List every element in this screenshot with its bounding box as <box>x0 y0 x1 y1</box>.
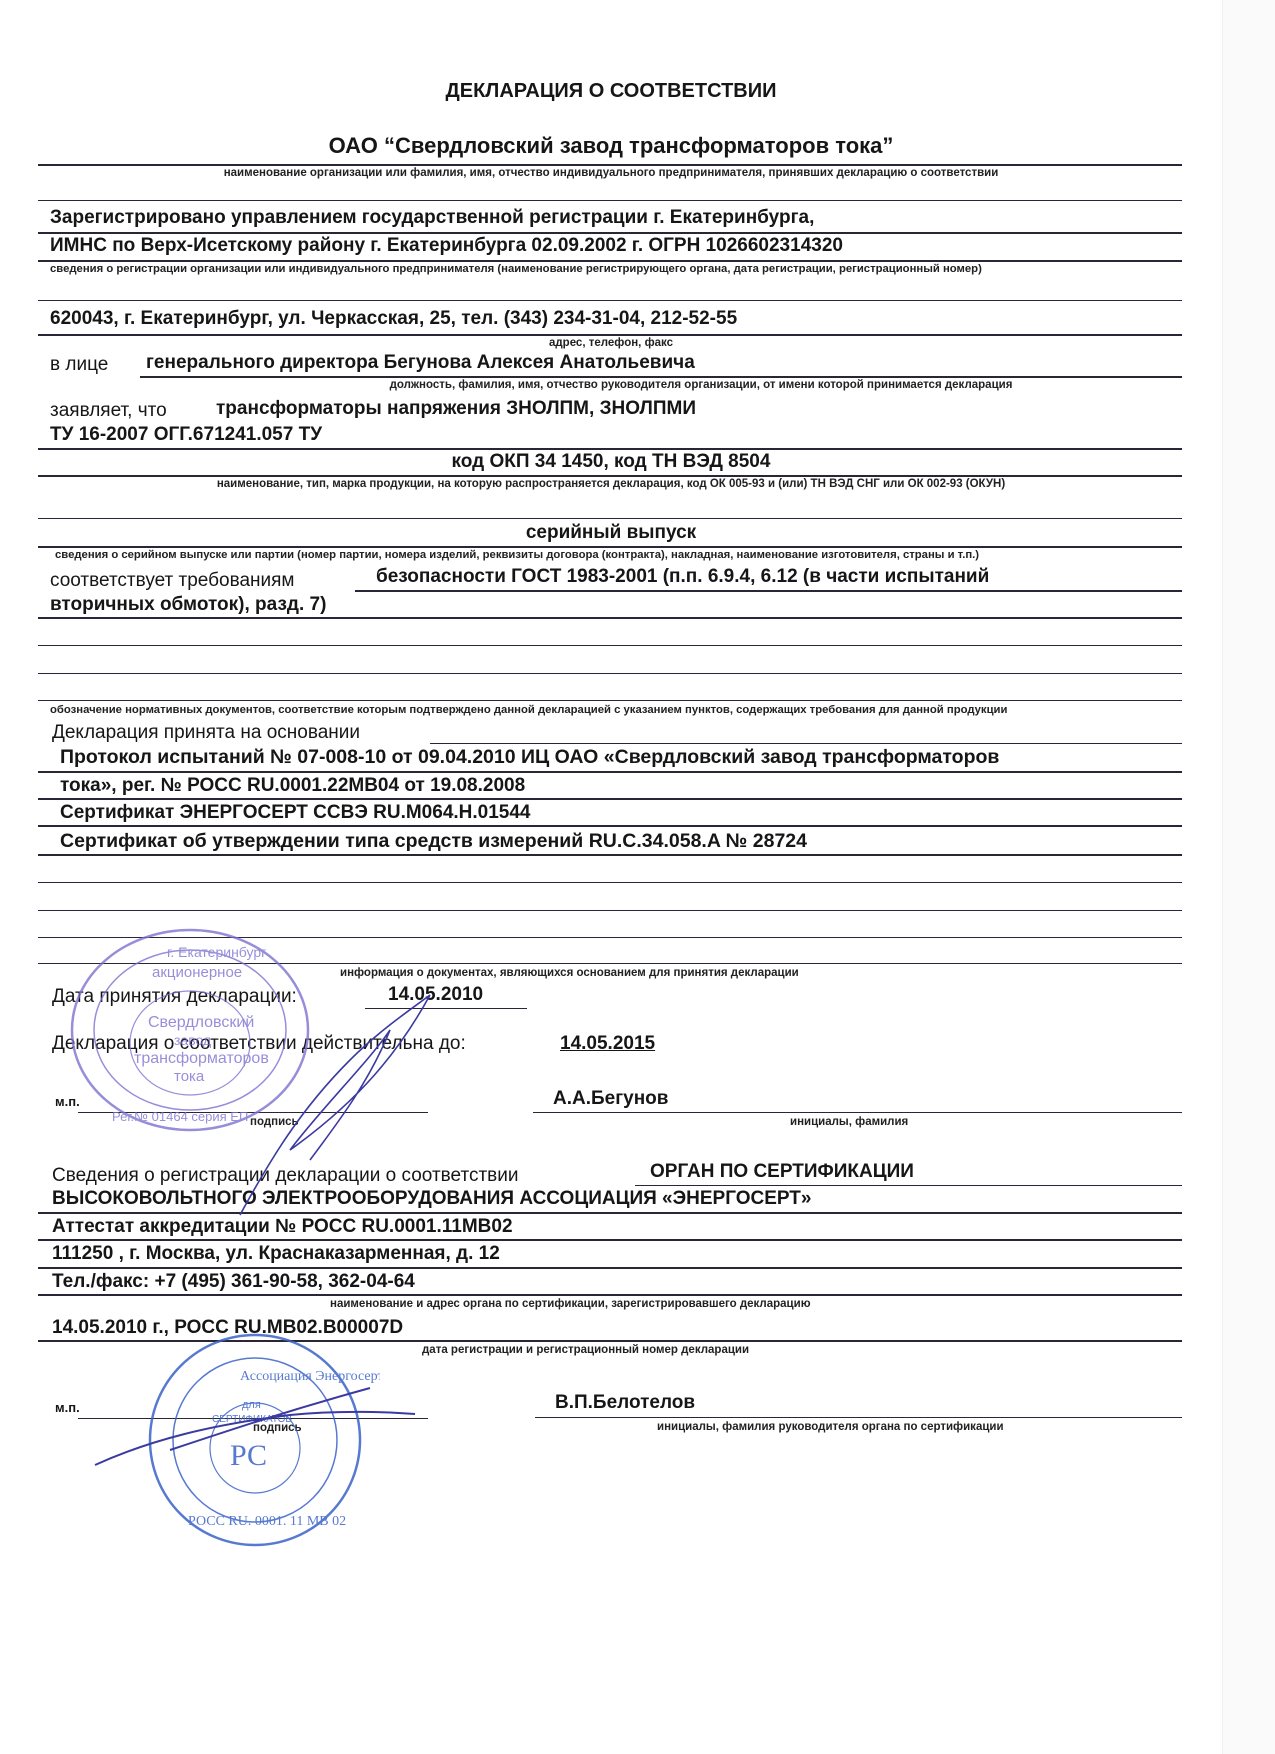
divider <box>38 334 1182 336</box>
address-value: 620043, г. Екатеринбург, ул. Черкасская,… <box>50 308 737 330</box>
registration-caption: сведения о регистрации организации или и… <box>50 263 982 275</box>
serial-caption: сведения о серийном выпуске или партии (… <box>55 549 979 561</box>
product-line-1: трансформаторы напряжения ЗНОЛПМ, ЗНОЛПМ… <box>216 398 696 420</box>
signatory-name-2: В.П.Белотелов <box>555 1392 695 1414</box>
divider <box>38 164 1182 166</box>
declares-label: заявляет, что <box>50 400 167 422</box>
divider <box>38 518 1182 519</box>
divider <box>38 854 1182 856</box>
divider <box>38 1267 1182 1269</box>
cert-body-address: 111250 , г. Москва, ул. Краснаказарменна… <box>52 1243 500 1265</box>
signatory-name-1: А.А.Бегунов <box>553 1088 668 1110</box>
registration-number-caption: дата регистрации и регистрационный номер… <box>422 1344 749 1356</box>
document-title: ДЕКЛАРАЦИЯ О СООТВЕТСТВИИ <box>0 80 1222 103</box>
represented-by-value: генерального директора Бегунова Алексея … <box>146 352 695 374</box>
divider <box>38 673 1182 674</box>
conforms-line-2: вторичных обмоток), разд. 7) <box>50 594 326 616</box>
basis-label: Декларация принята на основании <box>52 722 360 744</box>
address-caption: адрес, телефон, факс <box>0 337 1222 349</box>
declaration-page: ДЕКЛАРАЦИЯ О СООТВЕТСТВИИ ОАО “Свердловс… <box>0 0 1275 1754</box>
divider <box>38 260 1182 262</box>
svg-text:завод: завод <box>174 1032 211 1048</box>
svg-text:акционерное: акционерное <box>152 964 242 981</box>
divider <box>38 300 1182 301</box>
svg-text:тока: тока <box>174 1068 205 1085</box>
basis-line-2: тока», рег. № РОСС RU.0001.22МВ04 от 19.… <box>60 775 525 797</box>
scan-margin <box>1222 0 1275 1754</box>
divider <box>355 590 1182 592</box>
divider <box>38 200 1182 201</box>
conforms-label: соответствует требованиям <box>50 570 295 592</box>
divider <box>38 1212 1182 1214</box>
divider <box>38 1239 1182 1241</box>
divider <box>38 700 1182 701</box>
represented-by-label: в лице <box>50 354 108 376</box>
valid-until-value: 14.05.2015 <box>560 1033 655 1055</box>
cert-body-caption: наименование и адрес органа по сертифика… <box>330 1298 811 1310</box>
divider <box>38 882 1182 883</box>
svg-text:РОСС RU. 0001. 11 МВ 02: РОСС RU. 0001. 11 МВ 02 <box>188 1514 346 1529</box>
divider <box>430 743 1182 744</box>
registration-line-1: Зарегистрировано управлением государстве… <box>50 207 814 229</box>
organization-name: ОАО “Свердловский завод трансформаторов … <box>0 133 1222 159</box>
product-line-2: ТУ 16-2007 ОГГ.671241.057 ТУ <box>50 424 322 446</box>
divider <box>38 448 1182 450</box>
represented-by-caption: должность, фамилия, имя, отчество руково… <box>0 379 1222 391</box>
signatory-caption-2: инициалы, фамилия руководителя органа по… <box>657 1421 1004 1433</box>
basis-line-4: Сертификат об утверждении типа средств и… <box>60 830 807 853</box>
product-codes: код ОКП 34 1450, код ТН ВЭД 8504 <box>0 451 1222 473</box>
registration-line-2: ИМНС по Верх-Исетскому району г. Екатери… <box>50 235 843 257</box>
divider <box>38 617 1182 619</box>
seal-place-2: м.п. <box>55 1400 80 1415</box>
cert-body-line-1: ОРГАН ПО СЕРТИФИКАЦИИ <box>650 1161 914 1183</box>
divider <box>635 1185 1182 1186</box>
organization-caption: наименование организации или фамилия, им… <box>0 167 1222 179</box>
cert-body-phone: Тел./факс: +7 (495) 361-90-58, 362-04-64 <box>52 1271 415 1293</box>
divider <box>38 645 1182 646</box>
product-caption: наименование, тип, марка продукции, на к… <box>0 478 1222 490</box>
serial-value: серийный выпуск <box>0 522 1222 544</box>
signatory-caption-1: инициалы, фамилия <box>790 1116 908 1128</box>
divider <box>38 771 1182 773</box>
divider <box>535 1417 1182 1418</box>
svg-text:г. Екатеринбург: г. Екатеринбург <box>167 944 266 960</box>
divider <box>38 232 1182 234</box>
signature-scribble-2 <box>90 1370 420 1470</box>
conforms-caption: обозначение нормативных документов, соот… <box>50 704 1007 716</box>
signature-scribble-1 <box>230 990 450 1220</box>
divider <box>38 475 1182 477</box>
divider <box>533 1112 1182 1113</box>
divider <box>140 376 1182 378</box>
basis-line-3: Сертификат ЭНЕРГОСЕРТ ССВЭ RU.М064.Н.015… <box>60 802 531 824</box>
basis-caption: информация о документах, являющихся осно… <box>340 967 799 979</box>
basis-line-1: Протокол испытаний № 07-008-10 от 09.04.… <box>60 746 999 769</box>
divider <box>38 910 1182 911</box>
divider <box>38 1294 1182 1296</box>
divider <box>38 798 1182 800</box>
divider <box>38 546 1182 548</box>
conforms-line-1: безопасности ГОСТ 1983-2001 (п.п. 6.9.4,… <box>376 566 989 588</box>
svg-text:Рег.№ 01464 серия ЕП: Рег.№ 01464 серия ЕП <box>112 1109 248 1124</box>
divider <box>38 825 1182 827</box>
